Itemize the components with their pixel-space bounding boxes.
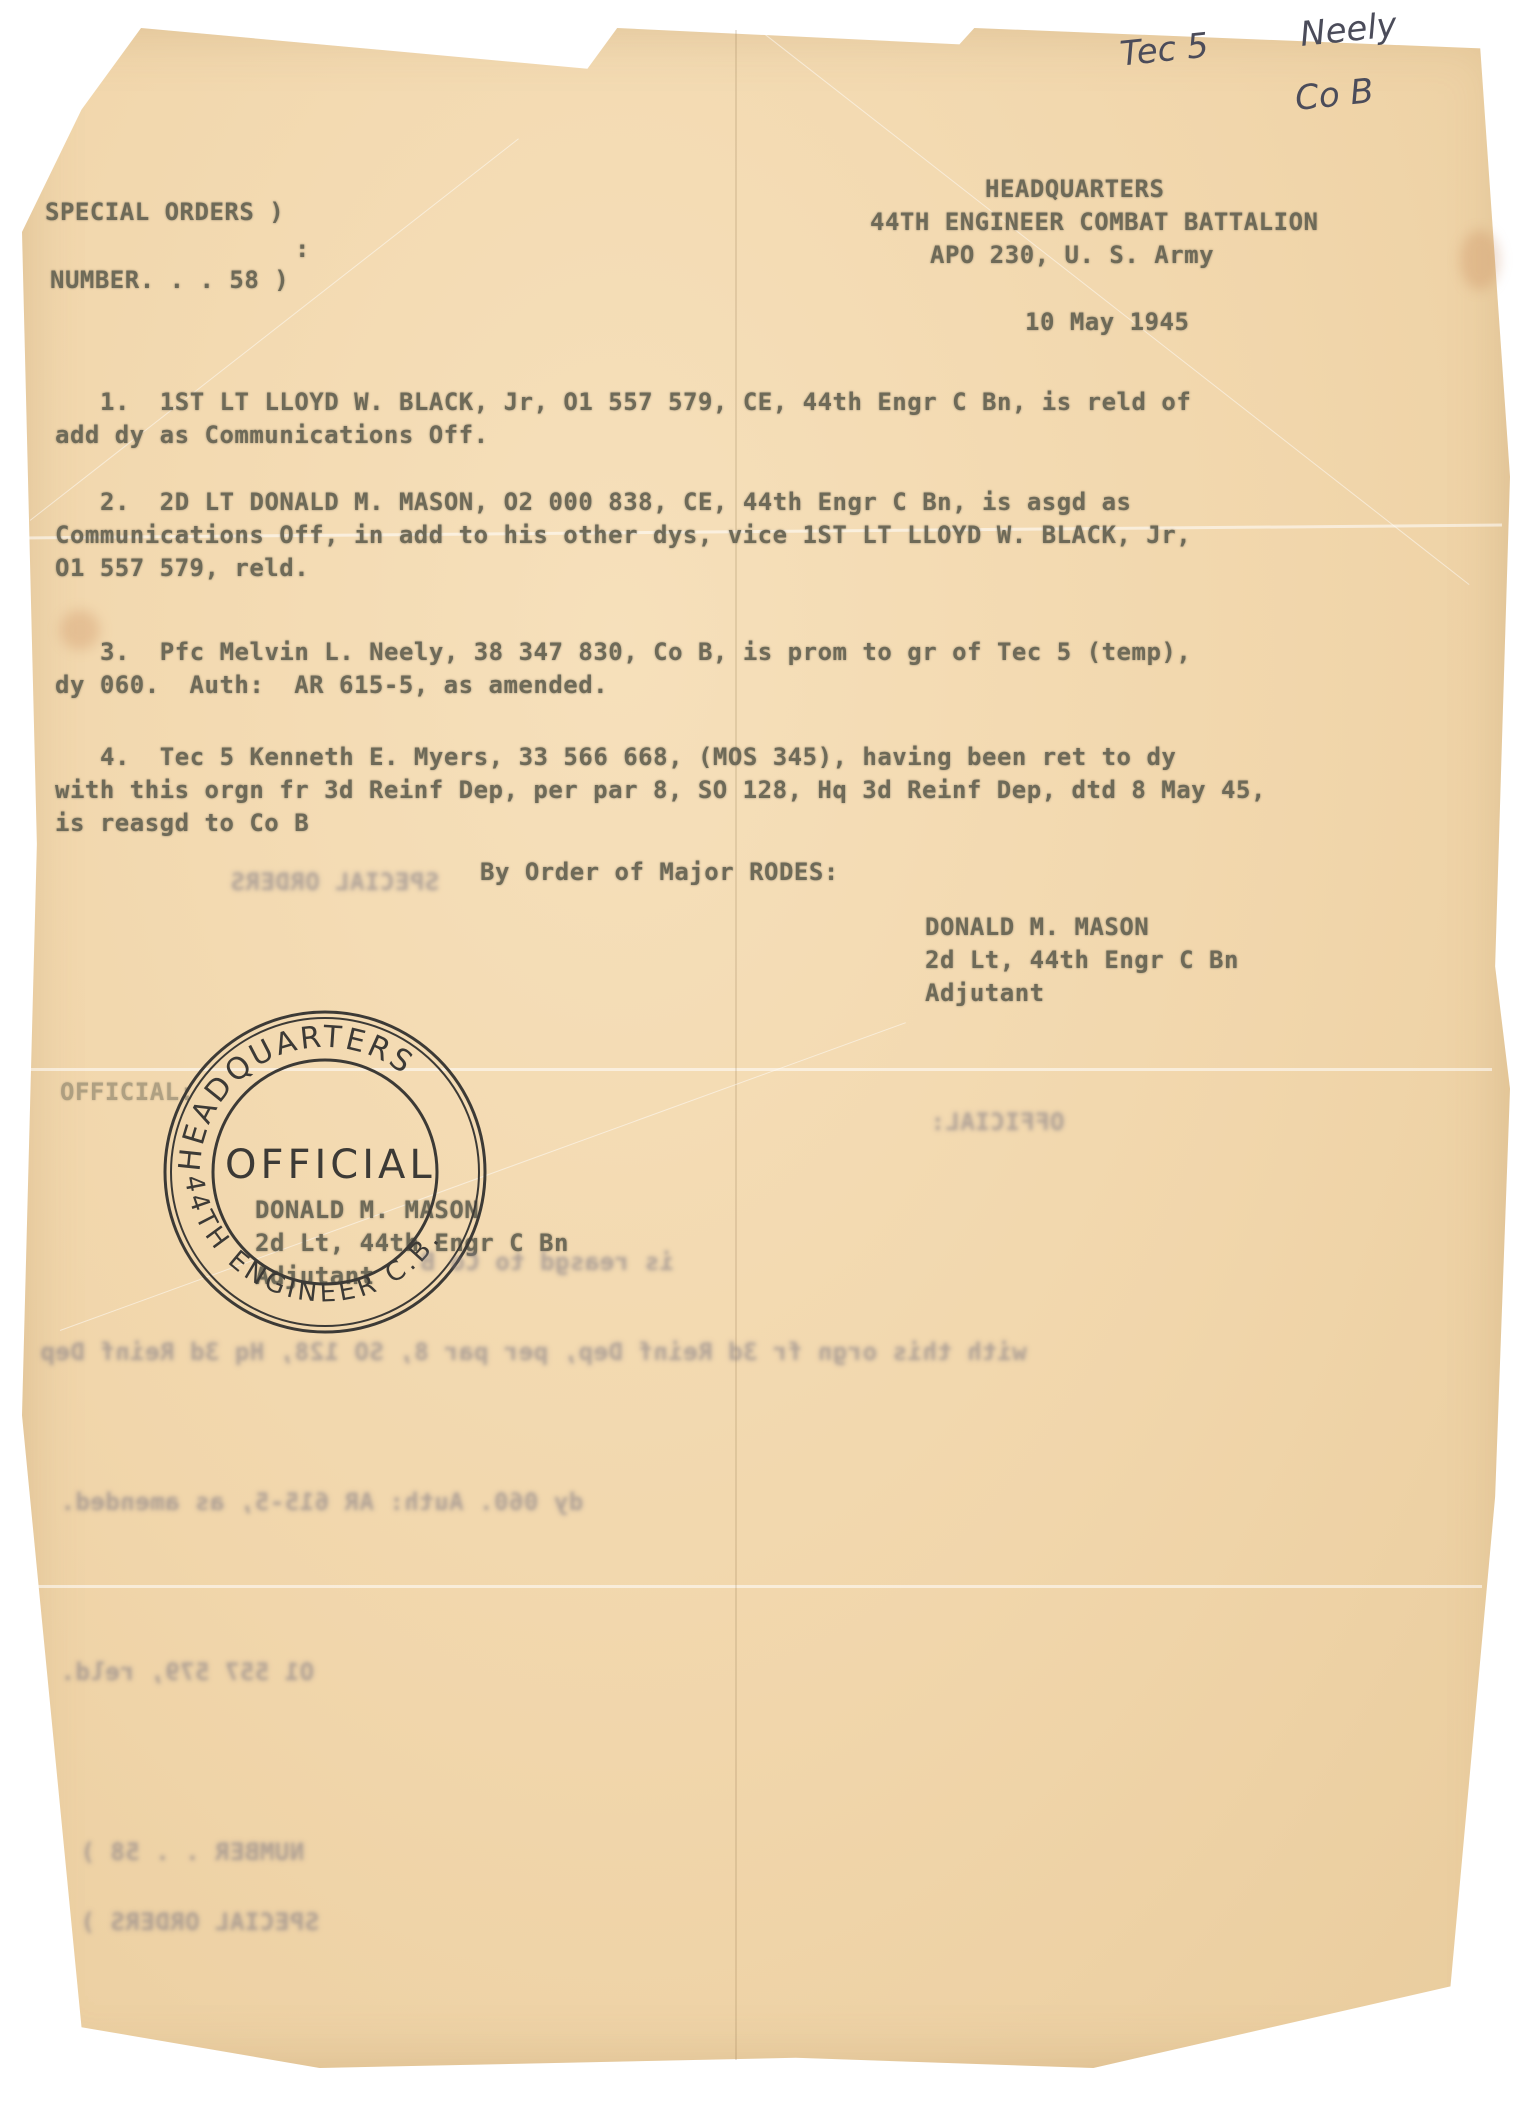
header-separator: : <box>295 237 310 261</box>
bleed-through-text: with this orgn fr 3d Reinf Dep, per par … <box>40 1340 1027 1364</box>
special-orders-label: SPECIAL ORDERS ) <box>45 200 284 224</box>
paragraph-line: O1 557 579, reld. <box>55 556 309 580</box>
bleed-through-text: SPECIAL ORDERS ) <box>80 1910 319 1934</box>
handwritten-company: Co B <box>1293 71 1375 119</box>
fold-line <box>735 30 737 2060</box>
signature-title: Adjutant <box>925 981 1045 1005</box>
bleed-through-text: O1 557 579, reld. <box>60 1660 314 1684</box>
bleed-through-text: SPECIAL ORDERS <box>230 870 439 894</box>
signature-name: DONALD M. MASON <box>925 915 1149 939</box>
bleed-through-text: dy 060. Auth: AR 615-5, as amended. <box>60 1490 583 1514</box>
headquarters-stamp: HEADQUARTERS 44TH ENGINEER C.B. OFFICIAL <box>145 1002 505 1342</box>
order-date: 10 May 1945 <box>1025 310 1189 334</box>
paragraph-line: is reasgd to Co B <box>55 811 309 835</box>
paragraph-line: 1. 1ST LT LLOYD W. BLACK, Jr, O1 557 579… <box>100 390 1191 414</box>
svg-text:44TH ENGINEER C.B.: 44TH ENGINEER C.B. <box>178 1173 448 1309</box>
hq-title: HEADQUARTERS <box>985 177 1164 201</box>
signature-rank: 2d Lt, 44th Engr C Bn <box>925 948 1239 972</box>
apo-address: APO 230, U. S. Army <box>930 243 1214 267</box>
order-number: NUMBER. . . 58 ) <box>50 268 289 292</box>
fold-line <box>22 1585 1482 1588</box>
stain <box>1460 230 1500 290</box>
paragraph-line: with this orgn fr 3d Reinf Dep, per par … <box>55 778 1266 802</box>
authority-line: By Order of Major RODES: <box>480 860 839 884</box>
paragraph-line: Communications Off, in add to his other … <box>55 523 1191 547</box>
paragraph-line: 2. 2D LT DONALD M. MASON, O2 000 838, CE… <box>100 490 1132 514</box>
paragraph-line: 3. Pfc Melvin L. Neely, 38 347 830, Co B… <box>100 640 1191 664</box>
paragraph-line: add dy as Communications Off. <box>55 423 489 447</box>
stamp-official-text: OFFICIAL <box>225 1142 436 1188</box>
paragraph-line: 4. Tec 5 Kenneth E. Myers, 33 566 668, (… <box>100 745 1176 769</box>
bleed-through-text: NUMBER . . 58 ) <box>80 1840 304 1864</box>
unit-name: 44TH ENGINEER COMBAT BATTALION <box>870 210 1318 234</box>
bleed-through-text: OFFICIAL: <box>930 1110 1065 1134</box>
stain <box>60 610 100 650</box>
paragraph-line: dy 060. Auth: AR 615-5, as amended. <box>55 673 608 697</box>
bleed-through-text: is reasgd to Co B <box>420 1250 674 1274</box>
